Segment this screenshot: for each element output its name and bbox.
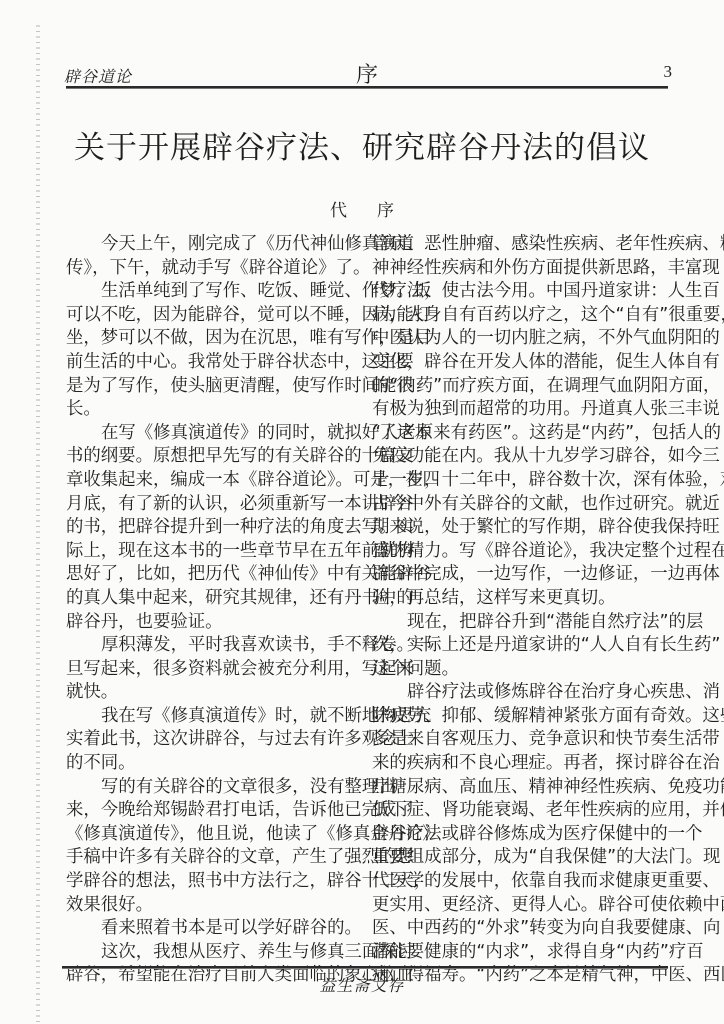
- text-line: 代医学的发展中，依靠自我而求健康更重要、: [372, 870, 668, 894]
- text-line: 免疫功能在内。我从十九岁学习辟谷，如今三: [372, 445, 668, 469]
- text-line: 医、中西药的“外求”转变为向自我要健康、向: [372, 917, 668, 941]
- text-line: 次，实际上还是丹道家讲的“人人自有长生药”: [372, 634, 668, 658]
- text-line: 期来说，处于繁忙的写作期，辟谷使我保持旺: [372, 516, 668, 540]
- text-line: 写的有关辟谷的文章很多，没有整理出: [66, 776, 360, 800]
- text-line: 章收集起来，编成一本《辟谷道论》。可是，在四: [66, 469, 360, 493]
- text-line: 月底，有了新的认识，必须重新写一本讲辟谷: [66, 493, 360, 517]
- text-line: 十一岁，十二年中，辟谷数十次，深有体验，对: [372, 469, 668, 493]
- text-line: 代疗法，使古法今用。中国丹道家讲：人生百: [372, 280, 668, 304]
- text-line: 多是来自客观压力、竞争意识和快节奏生活带: [372, 728, 668, 752]
- text-line: 坐，梦可以不做，因为在沉思，唯有写作，是目: [66, 327, 360, 351]
- text-line: 现在，把辟谷升到“潜能自然疗法”的层: [372, 611, 668, 635]
- running-head: 辟谷道论 序 3: [62, 58, 672, 86]
- text-line: 思好了，比如，把历代《神仙传》中有关能辟谷: [66, 563, 360, 587]
- header-rule: [66, 86, 668, 88]
- text-line: 有极为独到而超常的功用。丹道真人张三丰说: [372, 398, 668, 422]
- text-line: 管病、恶性肿瘤、感染性疾病、老年性疾病、精: [372, 233, 668, 257]
- text-line: 潜能要健康的“内求”，求得自身“内药”疗百: [372, 941, 668, 965]
- text-line: 这次，我想从医疗、养生与修真三面探讨: [66, 941, 360, 965]
- text-line: 《修真演道传》，他且说，他读了《修真金丹论》: [66, 823, 360, 847]
- text-line: 的书，把辟谷提升到一种疗法的角度去写。实: [66, 516, 360, 540]
- text-line: 除疲劳、抑郁、缓解精神紧张方面有奇效。这些: [372, 705, 668, 729]
- text-line: 今天上午，刚完成了《历代神仙修真演道: [66, 233, 360, 257]
- text-line: 来，今晚给郑锡龄君打电话，告诉他已完成了: [66, 799, 360, 823]
- text-line: 前生活的中心。我常处于辟谷状态中，这主要: [66, 351, 360, 375]
- text-line: 书的纲要。原想把早先写的有关辟谷的十篇文: [66, 445, 360, 469]
- text-line: 的不同。: [66, 752, 360, 776]
- text-line: 实着此书，这次讲辟谷，与过去有许多观念上: [66, 728, 360, 752]
- text-line: 病，人身自有百药以疗之，这个“自有”很重要，: [372, 304, 668, 328]
- article-title: 关于开展辟谷疗法、研究辟谷丹法的倡议: [0, 122, 724, 167]
- text-line: 辟谷中完成，一边写作，一边修证，一边再体: [372, 563, 668, 587]
- text-line: 低下症、肾功能衰竭、老年性疾病的应用，并使: [372, 799, 668, 823]
- text-line: 我在写《修真演道传》时，就不断地构思充: [66, 705, 360, 729]
- subtitle-char: 序: [377, 196, 394, 221]
- text-line: 验，再总结，这样写来更真切。: [372, 587, 668, 611]
- text-line: 重要组成部分，成为“自我保健”的大法门。现: [372, 846, 668, 870]
- text-line: 学辟谷的想法，照书中方法行之，辟谷十二天，: [66, 870, 360, 894]
- text-line: 在写《修真演道传》的同时，就拟好了这本: [66, 422, 360, 446]
- text-line: 生活单纯到了写作、吃饭、睡觉、作梦。饭: [66, 280, 360, 304]
- text-line: 效果很好。: [66, 894, 360, 918]
- footer-imprint: 益生斋文存: [0, 973, 724, 996]
- text-line: 看来照着书本是可以学好辟谷的。: [66, 917, 360, 941]
- text-line: “人老原来有药医”。这药是“内药”，包括人的: [372, 422, 668, 446]
- text-line: 辟谷疗法或辟谷修炼成为医疗保健中的一个: [372, 823, 668, 847]
- article-subtitle: 代序: [0, 196, 724, 221]
- text-line: 厚积薄发，平时我喜欢读书，手不释卷。一: [66, 634, 360, 658]
- text-line: 辟谷疗法或修炼辟谷在治疗身心疾患、消: [372, 681, 668, 705]
- text-line: 传》，下午，就动手写《辟谷道论》了。: [66, 257, 360, 281]
- text-line: 的真人集中起来，研究其规律，还有丹书中的: [66, 587, 360, 611]
- text-line: 就快。: [66, 681, 360, 705]
- text-line: 际上，现在这本书的一些章节早在五年前就构: [66, 540, 360, 564]
- text-line: 手稿中许多有关辟谷的文章，产生了强烈的想: [66, 846, 360, 870]
- text-line: 辟谷丹，也要验证。: [66, 611, 360, 635]
- text-line: 旦写起来，很多资料就会被充分利用，写起来: [66, 658, 360, 682]
- text-line: 长。: [66, 398, 360, 422]
- left-column: 今天上午，刚完成了《历代神仙修真演道传》，下午，就动手写《辟谷道论》了。生活单纯…: [66, 233, 360, 988]
- footer-rule: [62, 966, 668, 968]
- text-line: 神神经性疾病和外伤方面提供新思路，丰富现: [372, 257, 668, 281]
- text-line: 古今中外有关辟谷的文献，也作过研究。就近: [372, 493, 668, 517]
- text-line: 是为了写作，使头脑更清醒，使写作时间能很: [66, 375, 360, 399]
- text-line: 盛的精力。写《辟谷道论》，我决定整个过程在: [372, 540, 668, 564]
- text-line: 中医认为人的一切内脏之病，不外气血阴阳的: [372, 327, 668, 351]
- text-line: 更实用、更经济、更得人心。辟谷可使依赖中西: [372, 894, 668, 918]
- text-line: 的“内药”而疗疾方面，在调理气血阴阳方面，: [372, 375, 668, 399]
- right-column: 管病、恶性肿瘤、感染性疾病、老年性疾病、精神神经性疾病和外伤方面提供新思路，丰富…: [372, 233, 668, 988]
- text-line: 变化，辟谷在开发人体的潜能，促生人体自有: [372, 351, 668, 375]
- text-line: 来的疾病和不良心理症。再者，探讨辟谷在治: [372, 752, 668, 776]
- text-line: 疗糖尿病、高血压、精神神经性疾病、免疫功能: [372, 776, 668, 800]
- text-line: 可以不吃，因为能辟谷，觉可以不睡，因为能打: [66, 304, 360, 328]
- subtitle-char: 代: [330, 196, 347, 221]
- running-head-section: 序: [62, 58, 672, 89]
- text-line: 这个问题。: [372, 658, 668, 682]
- scan-binding-edge: [36, 25, 40, 1024]
- page-number: 3: [664, 62, 673, 82]
